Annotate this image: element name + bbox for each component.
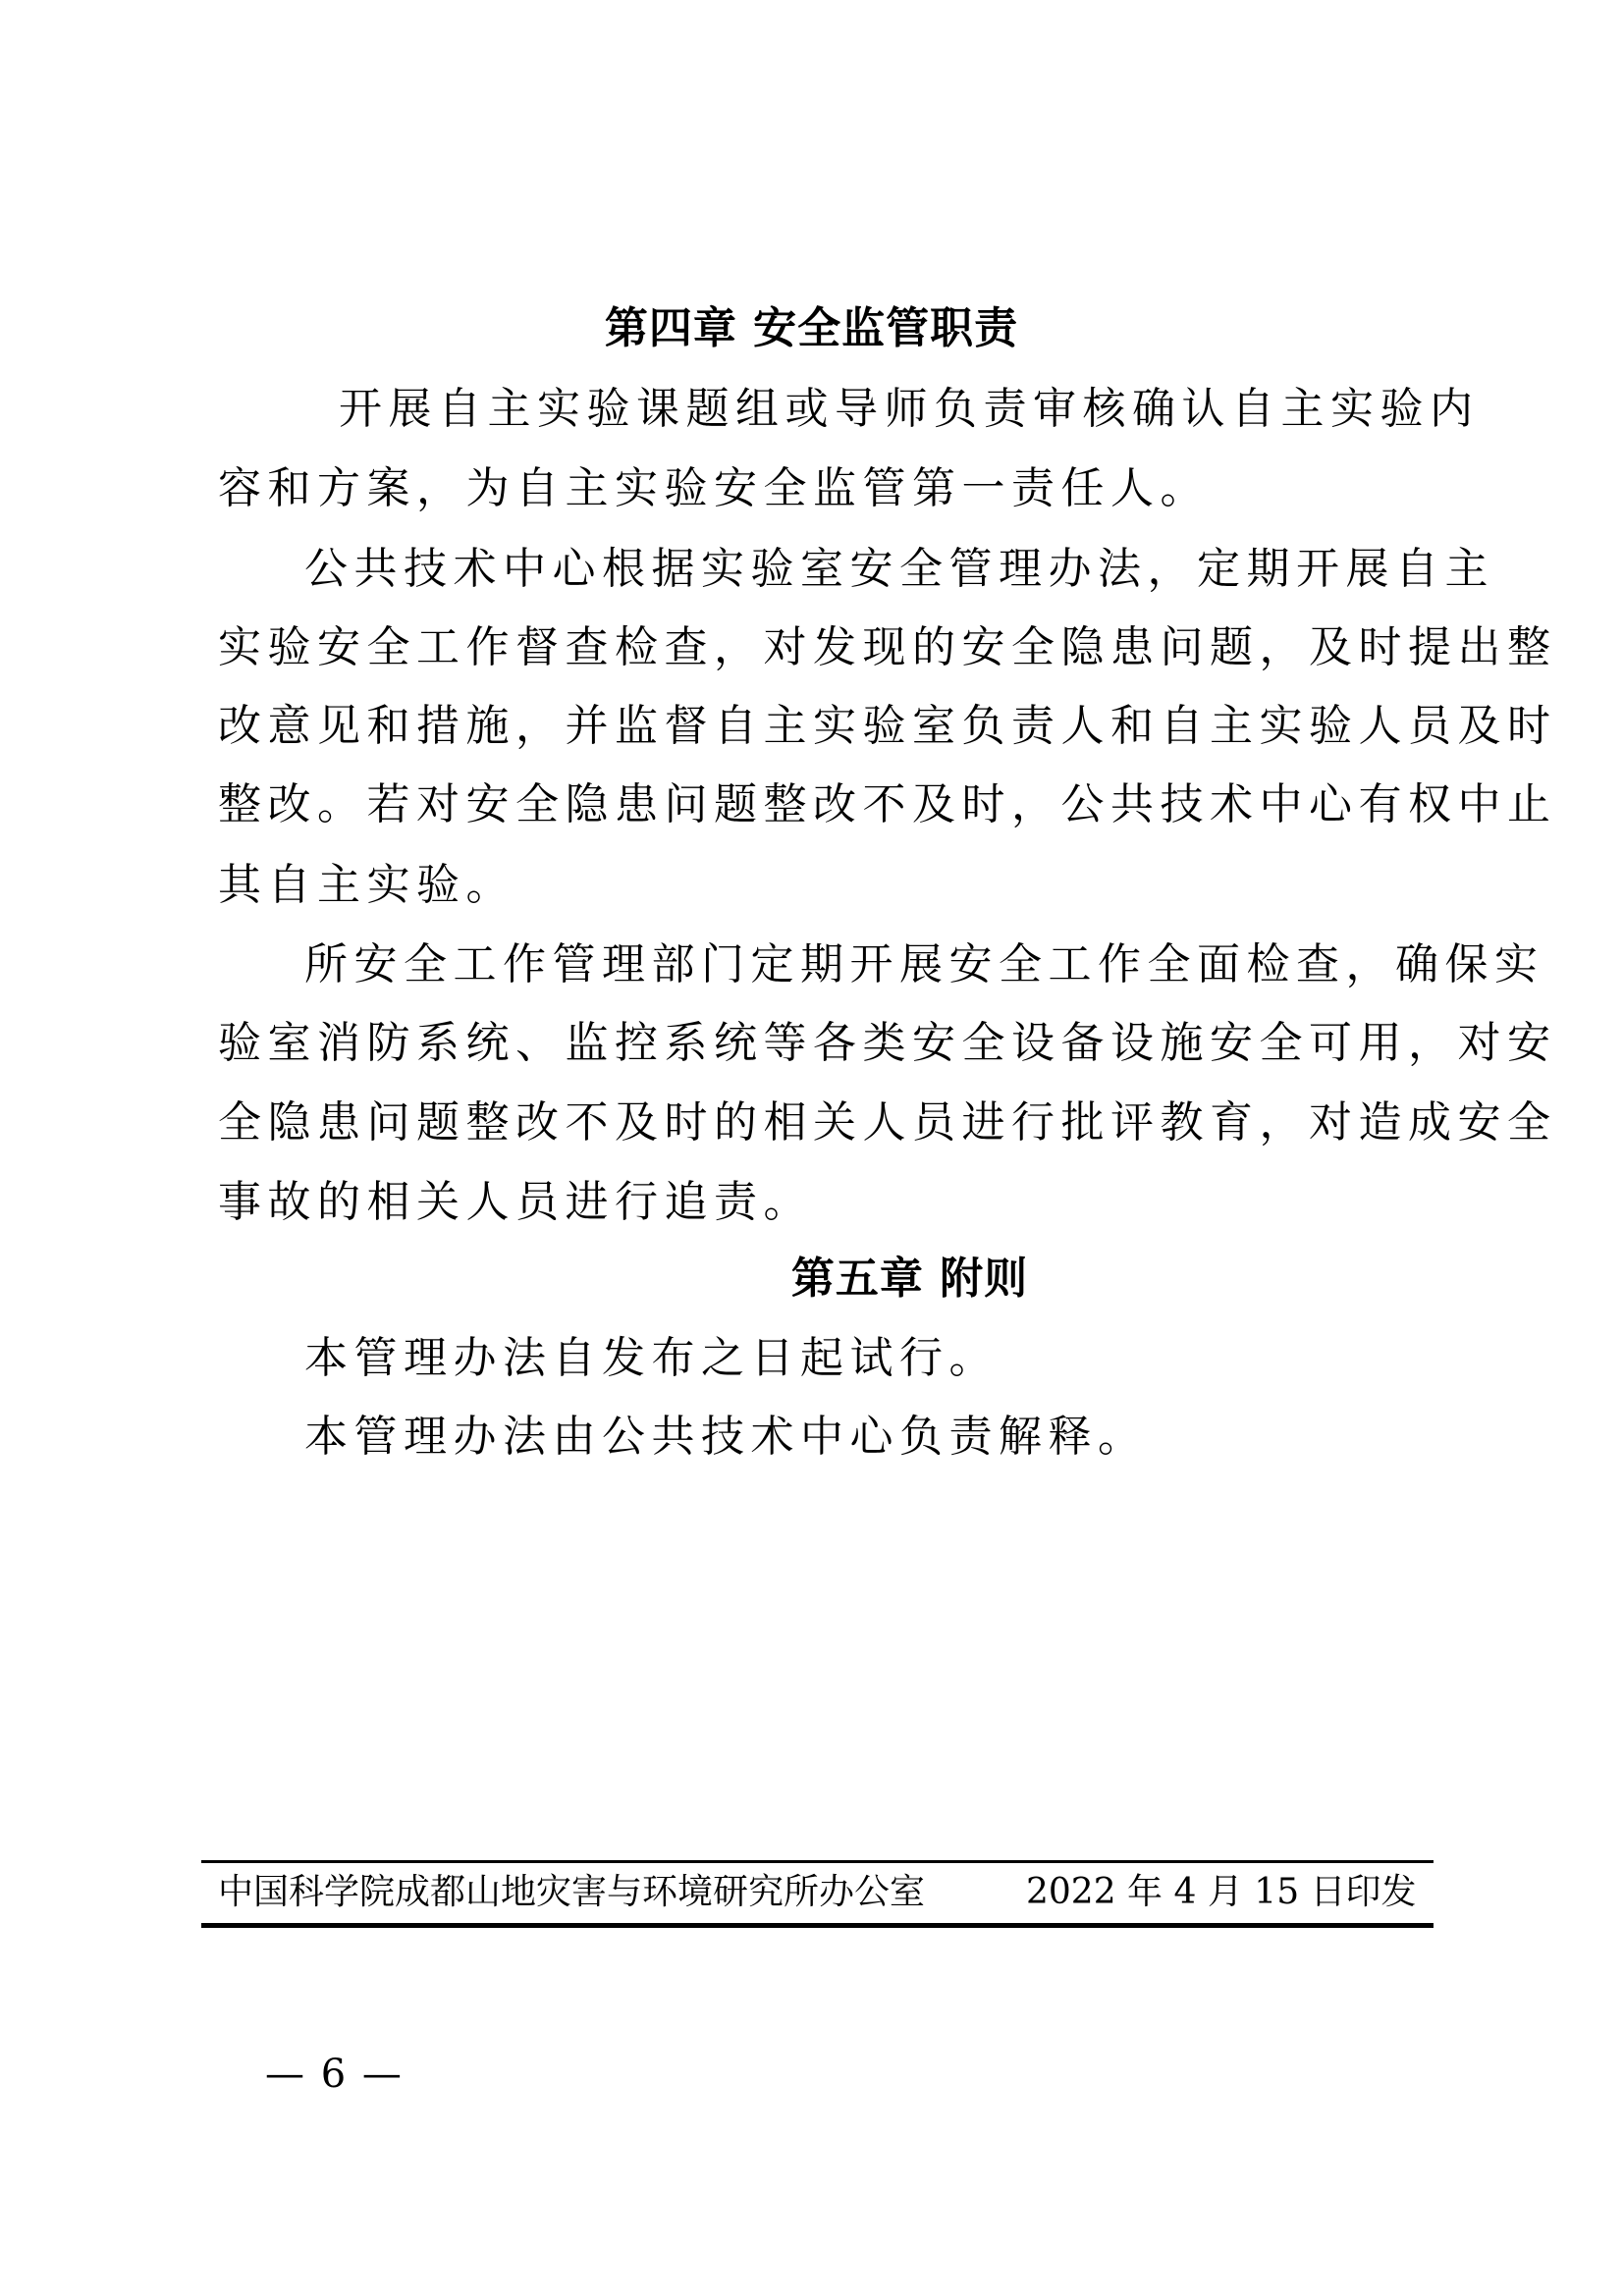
text-line: 容和方案，为自主实验安全监管第一责任人。 xyxy=(218,459,1421,518)
footer-issue-date: 2022 年 4 月 15 日印发 xyxy=(1026,1868,1417,1917)
chapter-4-title: 第四章 安全监管职责 xyxy=(0,299,1623,358)
chapter-5-paragraph-2: 本管理办法由公共技术中心负责解释。 xyxy=(304,1408,1507,1467)
text-line: 其自主实验。 xyxy=(218,856,1421,915)
text-line: 全隐患问题整改不及时的相关人员进行批评教育，对造成安全 xyxy=(218,1094,1421,1152)
text-line: 实验安全工作督查检查，对发现的安全隐患问题，及时提出整 xyxy=(218,618,1421,677)
text-line: 开展自主实验课题组或导师负责审核确认自主实验内 xyxy=(339,380,1542,439)
page-number: — 6 — xyxy=(265,2050,404,2099)
footer-bottom-rule xyxy=(201,1923,1434,1928)
text-line: 验室消防系统、监控系统等各类安全设备设施安全可用，对安 xyxy=(218,1014,1421,1073)
document-page: 第四章 安全监管职责 开展自主实验课题组或导师负责审核确认自主实验内 容和方案，… xyxy=(0,0,1623,2296)
text-line: 事故的相关人员进行追责。 xyxy=(218,1173,1421,1232)
text-line: 整改。若对安全隐患问题整改不及时，公共技术中心有权中止 xyxy=(218,775,1421,834)
text-line: 公共技术中心根据实验室安全管理办法，定期开展自主 xyxy=(304,540,1507,599)
text-line: 所安全工作管理部门定期开展安全工作全面检查，确保实 xyxy=(304,935,1507,994)
chapter-5-paragraph-1: 本管理办法自发布之日起试行。 xyxy=(304,1329,1507,1388)
footer-top-rule xyxy=(201,1860,1434,1863)
footer-organization: 中国科学院成都山地灾害与环境研究所办公室 xyxy=(218,1868,925,1917)
chapter-5-title: 第五章 附则 xyxy=(98,1250,1623,1308)
text-line: 改意见和措施，并监督自主实验室负责人和自主实验人员及时 xyxy=(218,697,1421,756)
